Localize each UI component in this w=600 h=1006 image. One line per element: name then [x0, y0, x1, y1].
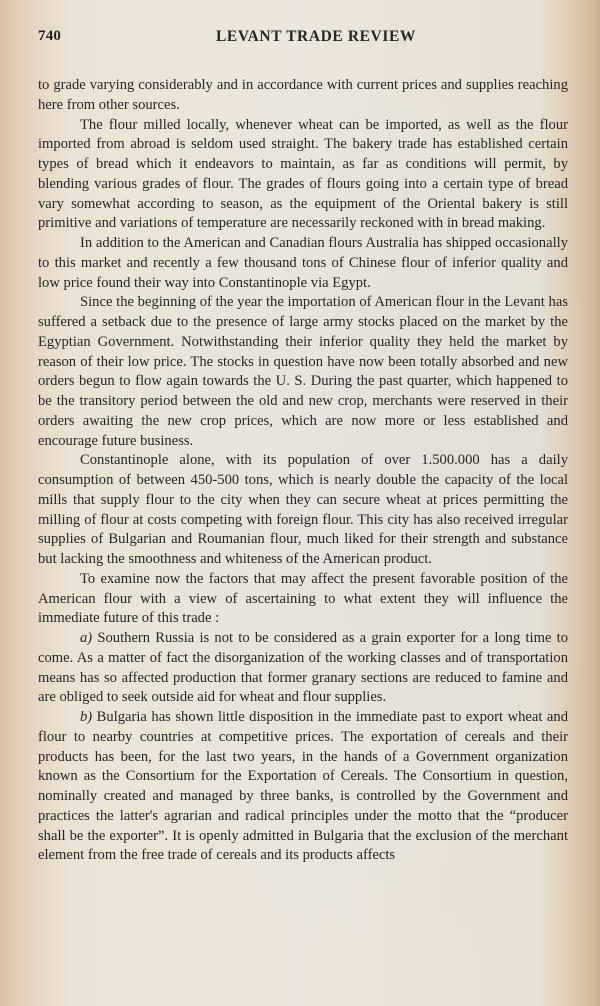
paragraph-american-import-setback: Since the beginning of the year the impo… — [38, 293, 568, 451]
paragraph-flour-blending: The flour milled locally, whenever wheat… — [38, 116, 568, 235]
paragraph-item-a-russia: a) Southern Russia is not to be consider… — [38, 629, 568, 708]
scanned-page: 740 LEVANT TRADE REVIEW to grade varying… — [0, 0, 600, 1006]
item-label: a) — [80, 630, 92, 646]
item-label: b) — [80, 709, 92, 725]
paragraph-text: to grade varying considerably and in acc… — [38, 77, 568, 113]
paragraph-text: The flour milled locally, whenever wheat… — [38, 117, 568, 232]
paragraph-text: Bulgaria has shown little disposition in… — [38, 709, 568, 863]
paragraph-factors-intro: To examine now the factors that may affe… — [38, 570, 568, 629]
paragraph-constantinople-consumption: Constantinople alone, with its populatio… — [38, 451, 568, 570]
paragraph-text: To examine now the factors that may affe… — [38, 571, 568, 627]
running-head: 740 LEVANT TRADE REVIEW — [38, 28, 568, 48]
paragraph-continuation: to grade varying considerably and in acc… — [38, 76, 568, 116]
paragraph-text: Since the beginning of the year the impo… — [38, 294, 568, 448]
paragraph-text: In addition to the American and Canadian… — [38, 235, 568, 291]
journal-title: LEVANT TRADE REVIEW — [38, 28, 568, 46]
paragraph-text: Constantinople alone, with its populatio… — [38, 452, 568, 567]
paragraph-other-flours: In addition to the American and Canadian… — [38, 234, 568, 293]
article-body: to grade varying considerably and in acc… — [38, 76, 568, 866]
paragraph-item-b-bulgaria: b) Bulgaria has shown little disposition… — [38, 708, 568, 866]
paragraph-text: Southern Russia is not to be considered … — [38, 630, 568, 705]
